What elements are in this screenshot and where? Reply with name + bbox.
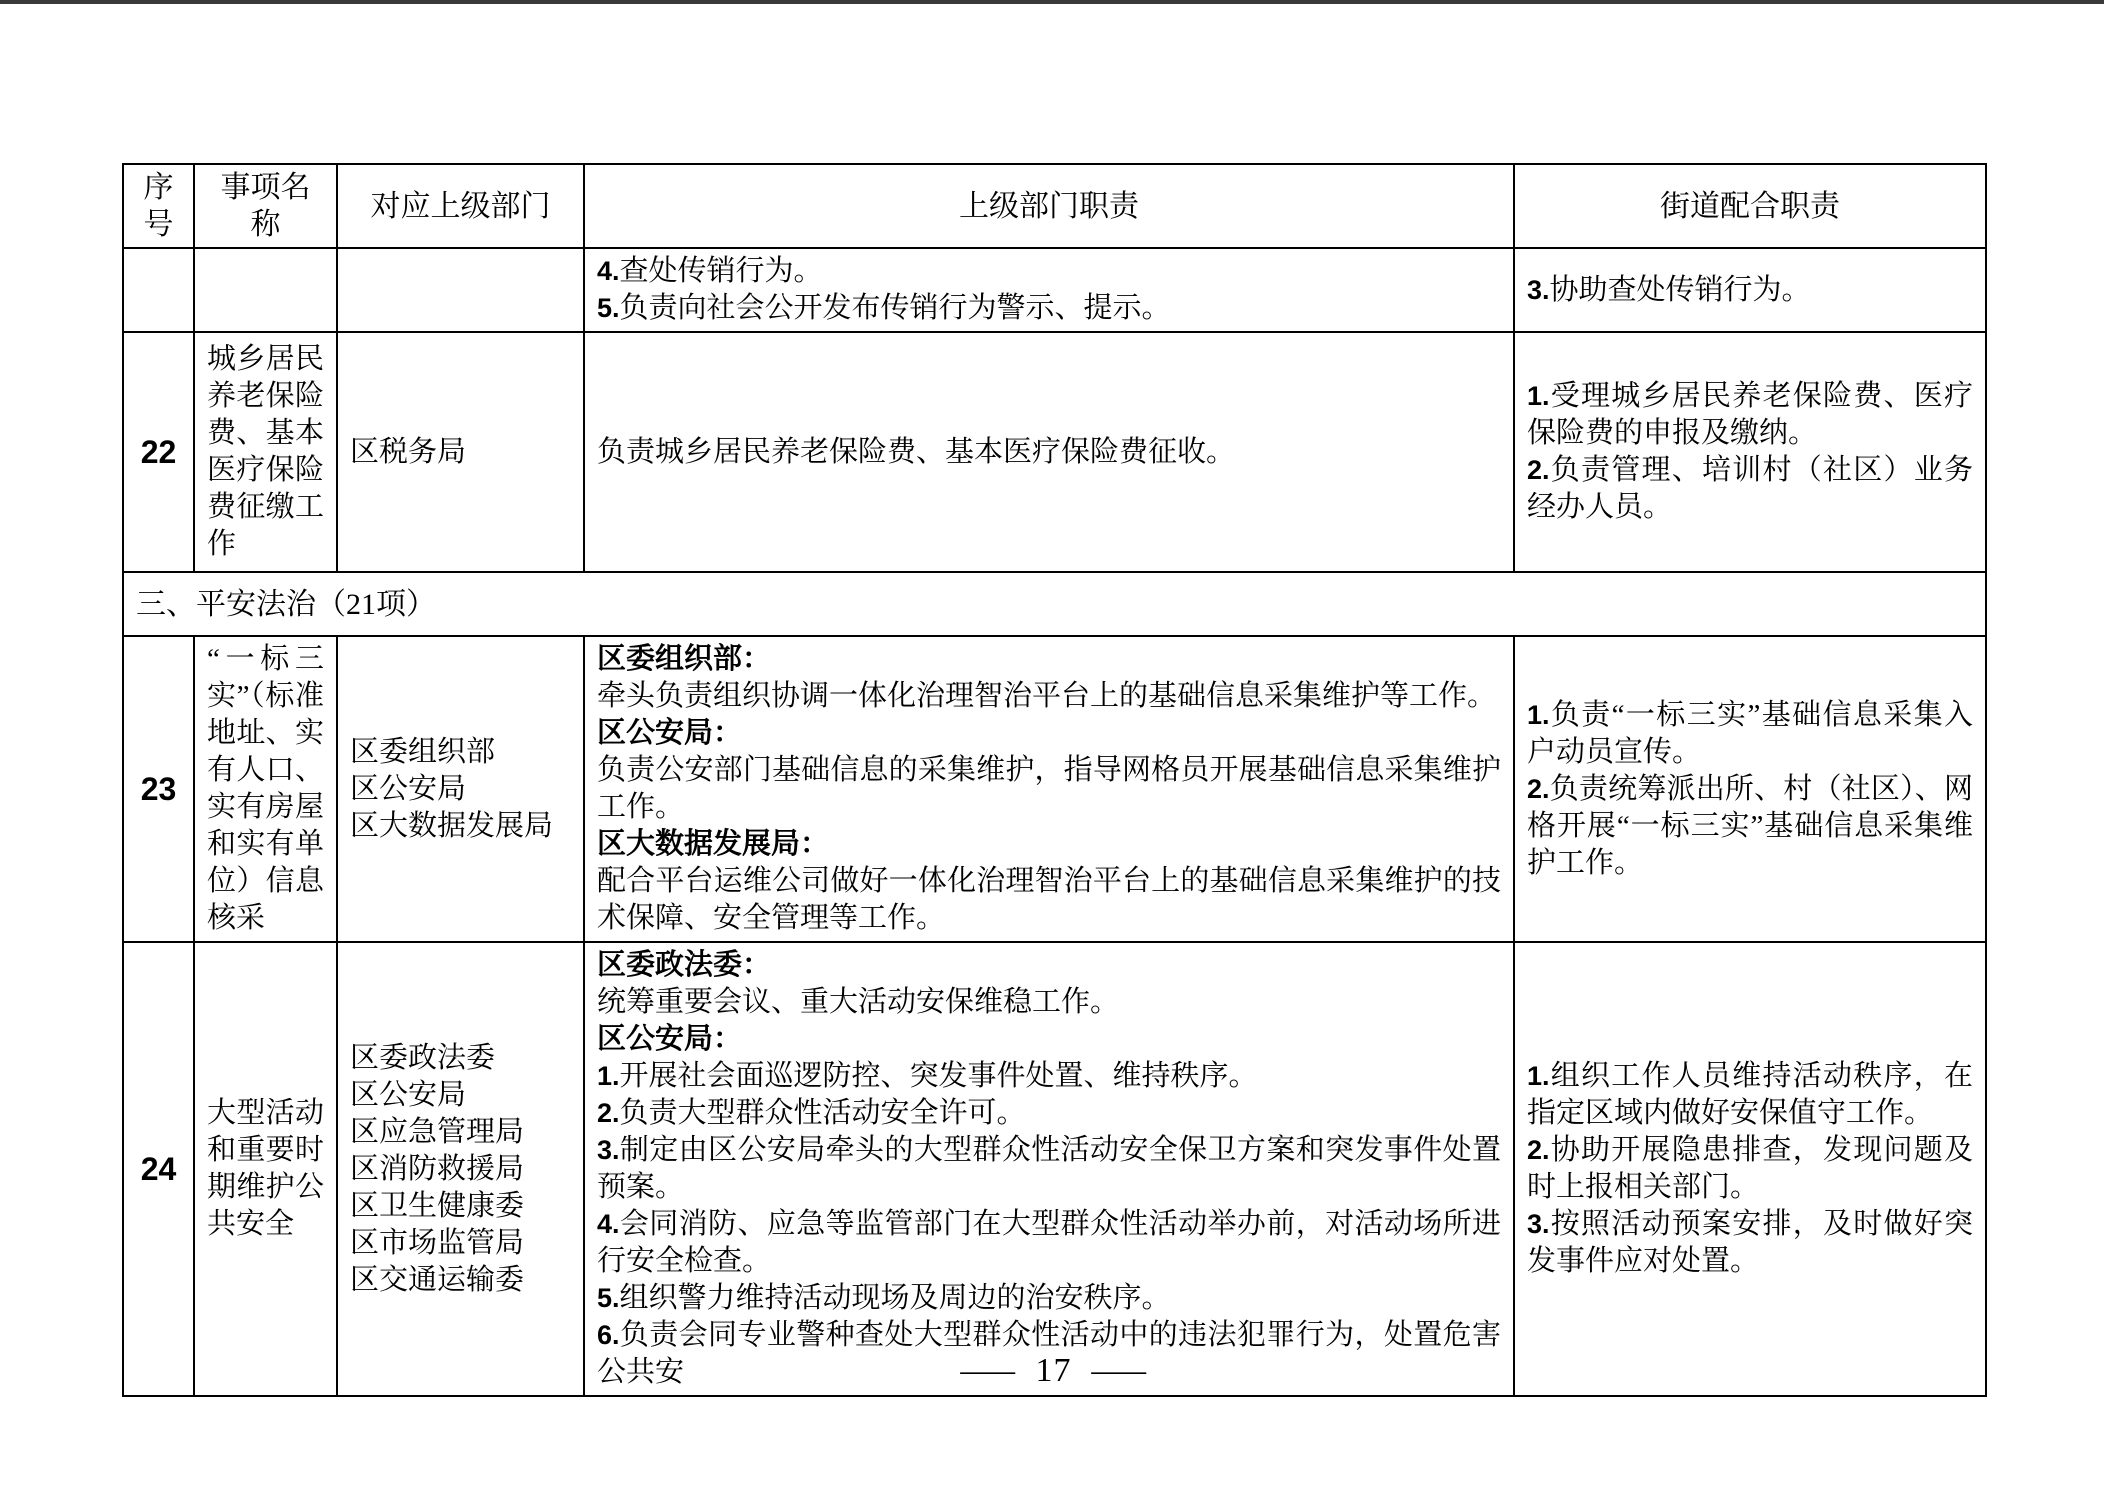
duty-text: 按照活动预案安排，及时做好突发事件应对处置。 (1527, 1208, 1973, 1277)
duty-text: 协助开展隐患排查，发现问题及时上报相关部门。 (1527, 1134, 1973, 1203)
street-duties-cell: 3.协助查处传销行为。 (1514, 248, 1986, 332)
duty-text: 负责管理、培训村（社区）业务经办人员。 (1527, 454, 1973, 523)
superior-duty-line: 4.会同消防、应急等监管部门在大型群众性活动举办前，对活动场所进行安全检查。 (597, 1206, 1501, 1280)
document-page: 序号 事项名称 对应上级部门 上级部门职责 街道配合职责 4.查处传销行为。5.… (122, 163, 1985, 1397)
header-serial-number: 序号 (123, 164, 194, 248)
duty-text: 开展社会面巡逻防控、突发事件处置、维持秩序。 (620, 1060, 1258, 1092)
department-name: 区委政法委 (350, 1040, 571, 1077)
duty-text: 负责“一标三实”基础信息采集入户动员宣传。 (1527, 699, 1973, 768)
duty-text: 负责大型群众性活动安全许可。 (620, 1097, 1026, 1129)
superior-duties-cell: 负责城乡居民养老保险费、基本医疗保险费征收。 (584, 332, 1514, 572)
superior-duty-line: 3.制定由区公安局牵头的大型群众性活动安全保卫方案和突发事件处置预案。 (597, 1132, 1501, 1206)
list-number: 1. (1527, 1061, 1550, 1091)
header-superior-department: 对应上级部门 (337, 164, 584, 248)
item-name-cell: 大型活动和重要时期维护公共安全 (194, 942, 337, 1396)
responsibility-table: 序号 事项名称 对应上级部门 上级部门职责 街道配合职责 4.查处传销行为。5.… (122, 163, 1987, 1397)
table-row: 22城乡居民养老保险费、基本医疗保险费征缴工作区税务局负责城乡居民养老保险费、基… (123, 332, 1986, 572)
department-name: 区交通运输委 (350, 1262, 571, 1299)
superior-duty-line: 配合平台运维公司做好一体化治理智治平台上的基础信息采集维护的技术保障、安全管理等… (597, 863, 1501, 937)
department-name: 区公安局 (350, 771, 571, 808)
list-number: 6. (597, 1320, 620, 1350)
departments-cell: 区委组织部区公安局区大数据发展局 (337, 636, 584, 942)
superior-duty-line: 区公安局： (597, 715, 1501, 752)
page-number: 17 (1036, 1352, 1072, 1389)
list-number: 4. (597, 1209, 620, 1239)
superior-duty-line: 4.查处传销行为。 (597, 253, 1501, 290)
list-number: 2. (1527, 455, 1550, 485)
duty-text: 会同消防、应急等监管部门在大型群众性活动举办前，对活动场所进行安全检查。 (597, 1208, 1501, 1277)
list-number: 1. (597, 1061, 620, 1091)
header-superior-duties: 上级部门职责 (584, 164, 1514, 248)
header-street-duties: 街道配合职责 (1514, 164, 1986, 248)
superior-duty-line: 5.组织警力维持活动现场及周边的治安秩序。 (597, 1280, 1501, 1317)
item-name-cell: “一标三实”（标准地址、实有人口、实有房屋和实有单位）信息核采 (194, 636, 337, 942)
superior-duty-line: 牵头负责组织协调一体化治理智治平台上的基础信息采集维护等工作。 (597, 678, 1501, 715)
superior-duty-line: 统筹重要会议、重大活动安保维稳工作。 (597, 984, 1501, 1021)
duty-text: 协助查处传销行为。 (1550, 274, 1811, 306)
serial-number-cell: 24 (123, 942, 194, 1396)
superior-duties-cell: 区委政法委：统筹重要会议、重大活动安保维稳工作。区公安局：1.开展社会面巡逻防控… (584, 942, 1514, 1396)
street-duties-cell: 1.组织工作人员维持活动秩序，在指定区域内做好安保值守工作。2.协助开展隐患排查… (1514, 942, 1986, 1396)
street-duties-cell: 1.负责“一标三实”基础信息采集入户动员宣传。2.负责统筹派出所、村（社区）、网… (1514, 636, 1986, 942)
departments-cell: 区税务局 (337, 332, 584, 572)
street-duty-line: 3.按照活动预案安排，及时做好突发事件应对处置。 (1527, 1206, 1973, 1280)
table-row: 4.查处传销行为。5.负责向社会公开发布传销行为警示、提示。3.协助查处传销行为… (123, 248, 1986, 332)
superior-duty-line: 5.负责向社会公开发布传销行为警示、提示。 (597, 290, 1501, 327)
superior-duty-line: 负责公安部门基础信息的采集维护，指导网格员开展基础信息采集维护工作。 (597, 752, 1501, 826)
superior-duty-line: 1.开展社会面巡逻防控、突发事件处置、维持秩序。 (597, 1058, 1501, 1095)
superior-duty-line: 负责城乡居民养老保险费、基本医疗保险费征收。 (597, 434, 1501, 471)
duty-text: 查处传销行为。 (620, 255, 823, 287)
list-number: 5. (597, 293, 620, 323)
list-number: 4. (597, 256, 620, 286)
table-row: 23“一标三实”（标准地址、实有人口、实有房屋和实有单位）信息核采区委组织部区公… (123, 636, 1986, 942)
street-duty-line: 1.组织工作人员维持活动秩序，在指定区域内做好安保值守工作。 (1527, 1058, 1973, 1132)
list-number: 1. (1527, 700, 1550, 730)
header-item-name: 事项名称 (194, 164, 337, 248)
serial-number-cell: 22 (123, 332, 194, 572)
superior-duties-cell: 区委组织部：牵头负责组织协调一体化治理智治平台上的基础信息采集维护等工作。区公安… (584, 636, 1514, 942)
departments-cell (337, 248, 584, 332)
department-name: 区消防救援局 (350, 1151, 571, 1188)
street-duty-line: 2.协助开展隐患排查，发现问题及时上报相关部门。 (1527, 1132, 1973, 1206)
superior-duty-line: 区委组织部： (597, 641, 1501, 678)
duty-text: 负责统筹派出所、村（社区）、网格开展“一标三实”基础信息采集维护工作。 (1527, 773, 1973, 879)
department-name: 区应急管理局 (350, 1114, 571, 1151)
item-name-cell: 城乡居民养老保险费、基本医疗保险费征缴工作 (194, 332, 337, 572)
table-header: 序号 事项名称 对应上级部门 上级部门职责 街道配合职责 (123, 164, 1986, 248)
list-number: 1. (1527, 381, 1550, 411)
superior-duty-line: 区公安局： (597, 1021, 1501, 1058)
table-row: 24大型活动和重要时期维护公共安全区委政法委区公安局区应急管理局区消防救援局区卫… (123, 942, 1986, 1396)
superior-duty-line: 区委政法委： (597, 947, 1501, 984)
duty-text: 制定由区公安局牵头的大型群众性活动安全保卫方案和突发事件处置预案。 (597, 1134, 1501, 1203)
department-name: 区公安局 (350, 1077, 571, 1114)
page-footer: —17— (122, 1352, 1985, 1390)
section-row: 三、平安法治（21项） (123, 572, 1986, 636)
duty-text: 受理城乡居民养老保险费、医疗保险费的申报及缴纳。 (1527, 380, 1973, 449)
top-edge-strip (0, 0, 2104, 4)
duty-text: 负责向社会公开发布传销行为警示、提示。 (620, 292, 1171, 324)
street-duty-line: 2.负责统筹派出所、村（社区）、网格开展“一标三实”基础信息采集维护工作。 (1527, 771, 1973, 882)
department-name: 区委组织部 (350, 734, 571, 771)
street-duty-line: 2.负责管理、培训村（社区）业务经办人员。 (1527, 452, 1973, 526)
superior-duty-line: 2.负责大型群众性活动安全许可。 (597, 1095, 1501, 1132)
superior-duty-line: 区大数据发展局： (597, 826, 1501, 863)
department-name: 区大数据发展局 (350, 808, 571, 845)
list-number: 5. (597, 1283, 620, 1313)
street-duty-line: 1.负责“一标三实”基础信息采集入户动员宣传。 (1527, 697, 1973, 771)
footer-dash-left: — (960, 1352, 1016, 1390)
list-number: 2. (1527, 774, 1550, 804)
serial-number-cell: 23 (123, 636, 194, 942)
duty-text: 组织警力维持活动现场及周边的治安秩序。 (620, 1282, 1171, 1314)
list-number: 3. (1527, 275, 1550, 305)
departments-cell: 区委政法委区公安局区应急管理局区消防救援局区卫生健康委区市场监管局区交通运输委 (337, 942, 584, 1396)
serial-number-cell (123, 248, 194, 332)
list-number: 3. (1527, 1209, 1550, 1239)
department-name: 区市场监管局 (350, 1225, 571, 1262)
street-duty-line: 1.受理城乡居民养老保险费、医疗保险费的申报及缴纳。 (1527, 378, 1973, 452)
section-label: 三、平安法治（21项） (123, 572, 1986, 636)
street-duty-line: 3.协助查处传销行为。 (1527, 272, 1973, 309)
list-number: 2. (597, 1098, 620, 1128)
list-number: 3. (597, 1135, 620, 1165)
header-row: 序号 事项名称 对应上级部门 上级部门职责 街道配合职责 (123, 164, 1986, 248)
department-name: 区卫生健康委 (350, 1188, 571, 1225)
street-duties-cell: 1.受理城乡居民养老保险费、医疗保险费的申报及缴纳。2.负责管理、培训村（社区）… (1514, 332, 1986, 572)
table-body: 4.查处传销行为。5.负责向社会公开发布传销行为警示、提示。3.协助查处传销行为… (123, 248, 1986, 1396)
duty-text: 组织工作人员维持活动秩序，在指定区域内做好安保值守工作。 (1527, 1060, 1973, 1129)
superior-duties-cell: 4.查处传销行为。5.负责向社会公开发布传销行为警示、提示。 (584, 248, 1514, 332)
item-name-cell (194, 248, 337, 332)
list-number: 2. (1527, 1135, 1550, 1165)
department-name: 区税务局 (350, 434, 571, 471)
footer-dash-right: — (1091, 1352, 1147, 1390)
